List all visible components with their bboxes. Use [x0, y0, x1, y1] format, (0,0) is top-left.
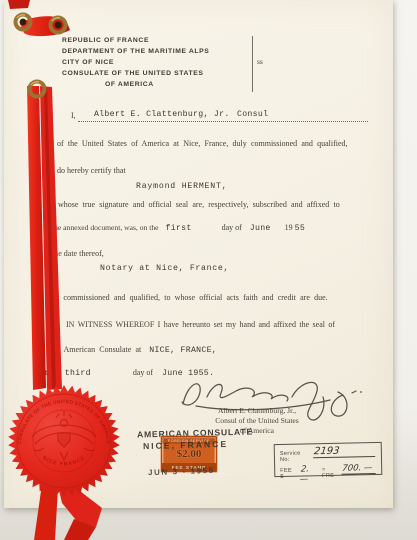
- form-line-annexed: the annexed document, was, on the: [52, 223, 159, 232]
- header-line: REPUBLIC OF FRANCE: [62, 37, 149, 44]
- header-line: DEPARTMENT OF THE MARITIME ALPS: [62, 48, 209, 55]
- printed-19: 19: [285, 223, 293, 232]
- form-line-credit: duly commissioned and qualified, to whos…: [45, 293, 328, 302]
- frs-label: = FRS: [322, 467, 338, 479]
- label-day-of-2: day of: [133, 368, 153, 377]
- form-line-commissioned: of the United States of America at Nice,…: [57, 139, 348, 148]
- typed-day: first: [166, 224, 192, 233]
- header-line: OF AMERICA: [105, 81, 154, 88]
- service-fee-box: Service No: 2193 FEE $ 2. — = FRS 700. —: [274, 442, 383, 477]
- fee-amount: 2. —: [299, 464, 319, 484]
- header-line: CONSULATE OF THE UNITED STATES: [62, 70, 203, 77]
- typed-city: NICE, FRANCE,: [149, 346, 217, 355]
- form-line-certify: do hereby certify that: [57, 166, 126, 175]
- service-no-label: Service No:: [280, 450, 310, 463]
- signature-title-1: Consul of the United States: [172, 416, 342, 425]
- header-line: CITY OF NICE: [62, 59, 114, 66]
- typed-month: June: [250, 224, 271, 233]
- typed-date: June 1955.: [162, 369, 214, 378]
- form-line-date-thereof: the date thereof,: [52, 249, 104, 258]
- jurat-brace-rule: [252, 36, 253, 92]
- form-i-word: I,: [71, 111, 76, 120]
- form-line-consulate: the American Consulate at: [50, 345, 141, 354]
- typed-subject-name: Raymond HERMENT,: [136, 182, 227, 191]
- signature-name: Albert E. Clattenburg, Jr.,: [172, 406, 342, 415]
- typed-third: third: [65, 369, 91, 378]
- form-line-signature: whose true signature and official seal a…: [58, 200, 340, 209]
- word-the: the: [45, 368, 55, 377]
- fee-label: FEE $: [280, 468, 296, 480]
- typed-year: 55: [295, 224, 305, 233]
- dotted-fill-line: [78, 111, 368, 122]
- typed-office: Notary at Nice, France,: [100, 264, 229, 273]
- form-line-date-row: the third day of June 1955.: [45, 368, 214, 378]
- jurat-ss-mark: ss: [257, 57, 263, 66]
- form-line-witness: IN WITNESS WHEREOF I have hereunto set m…: [66, 320, 335, 329]
- ribbon-tail-right: [64, 519, 96, 540]
- label-day-of: day of: [222, 223, 242, 232]
- form-line-annexed-row: the annexed document, was, on the first …: [52, 223, 305, 233]
- scanned-certificate: REPUBLIC OF FRANCE DEPARTMENT OF THE MAR…: [0, 0, 417, 540]
- frs-amount: 700. —: [342, 463, 377, 475]
- form-line-consulate-row: the American Consulate at NICE, FRANCE,: [50, 345, 217, 355]
- service-no-value: 2193: [313, 445, 376, 458]
